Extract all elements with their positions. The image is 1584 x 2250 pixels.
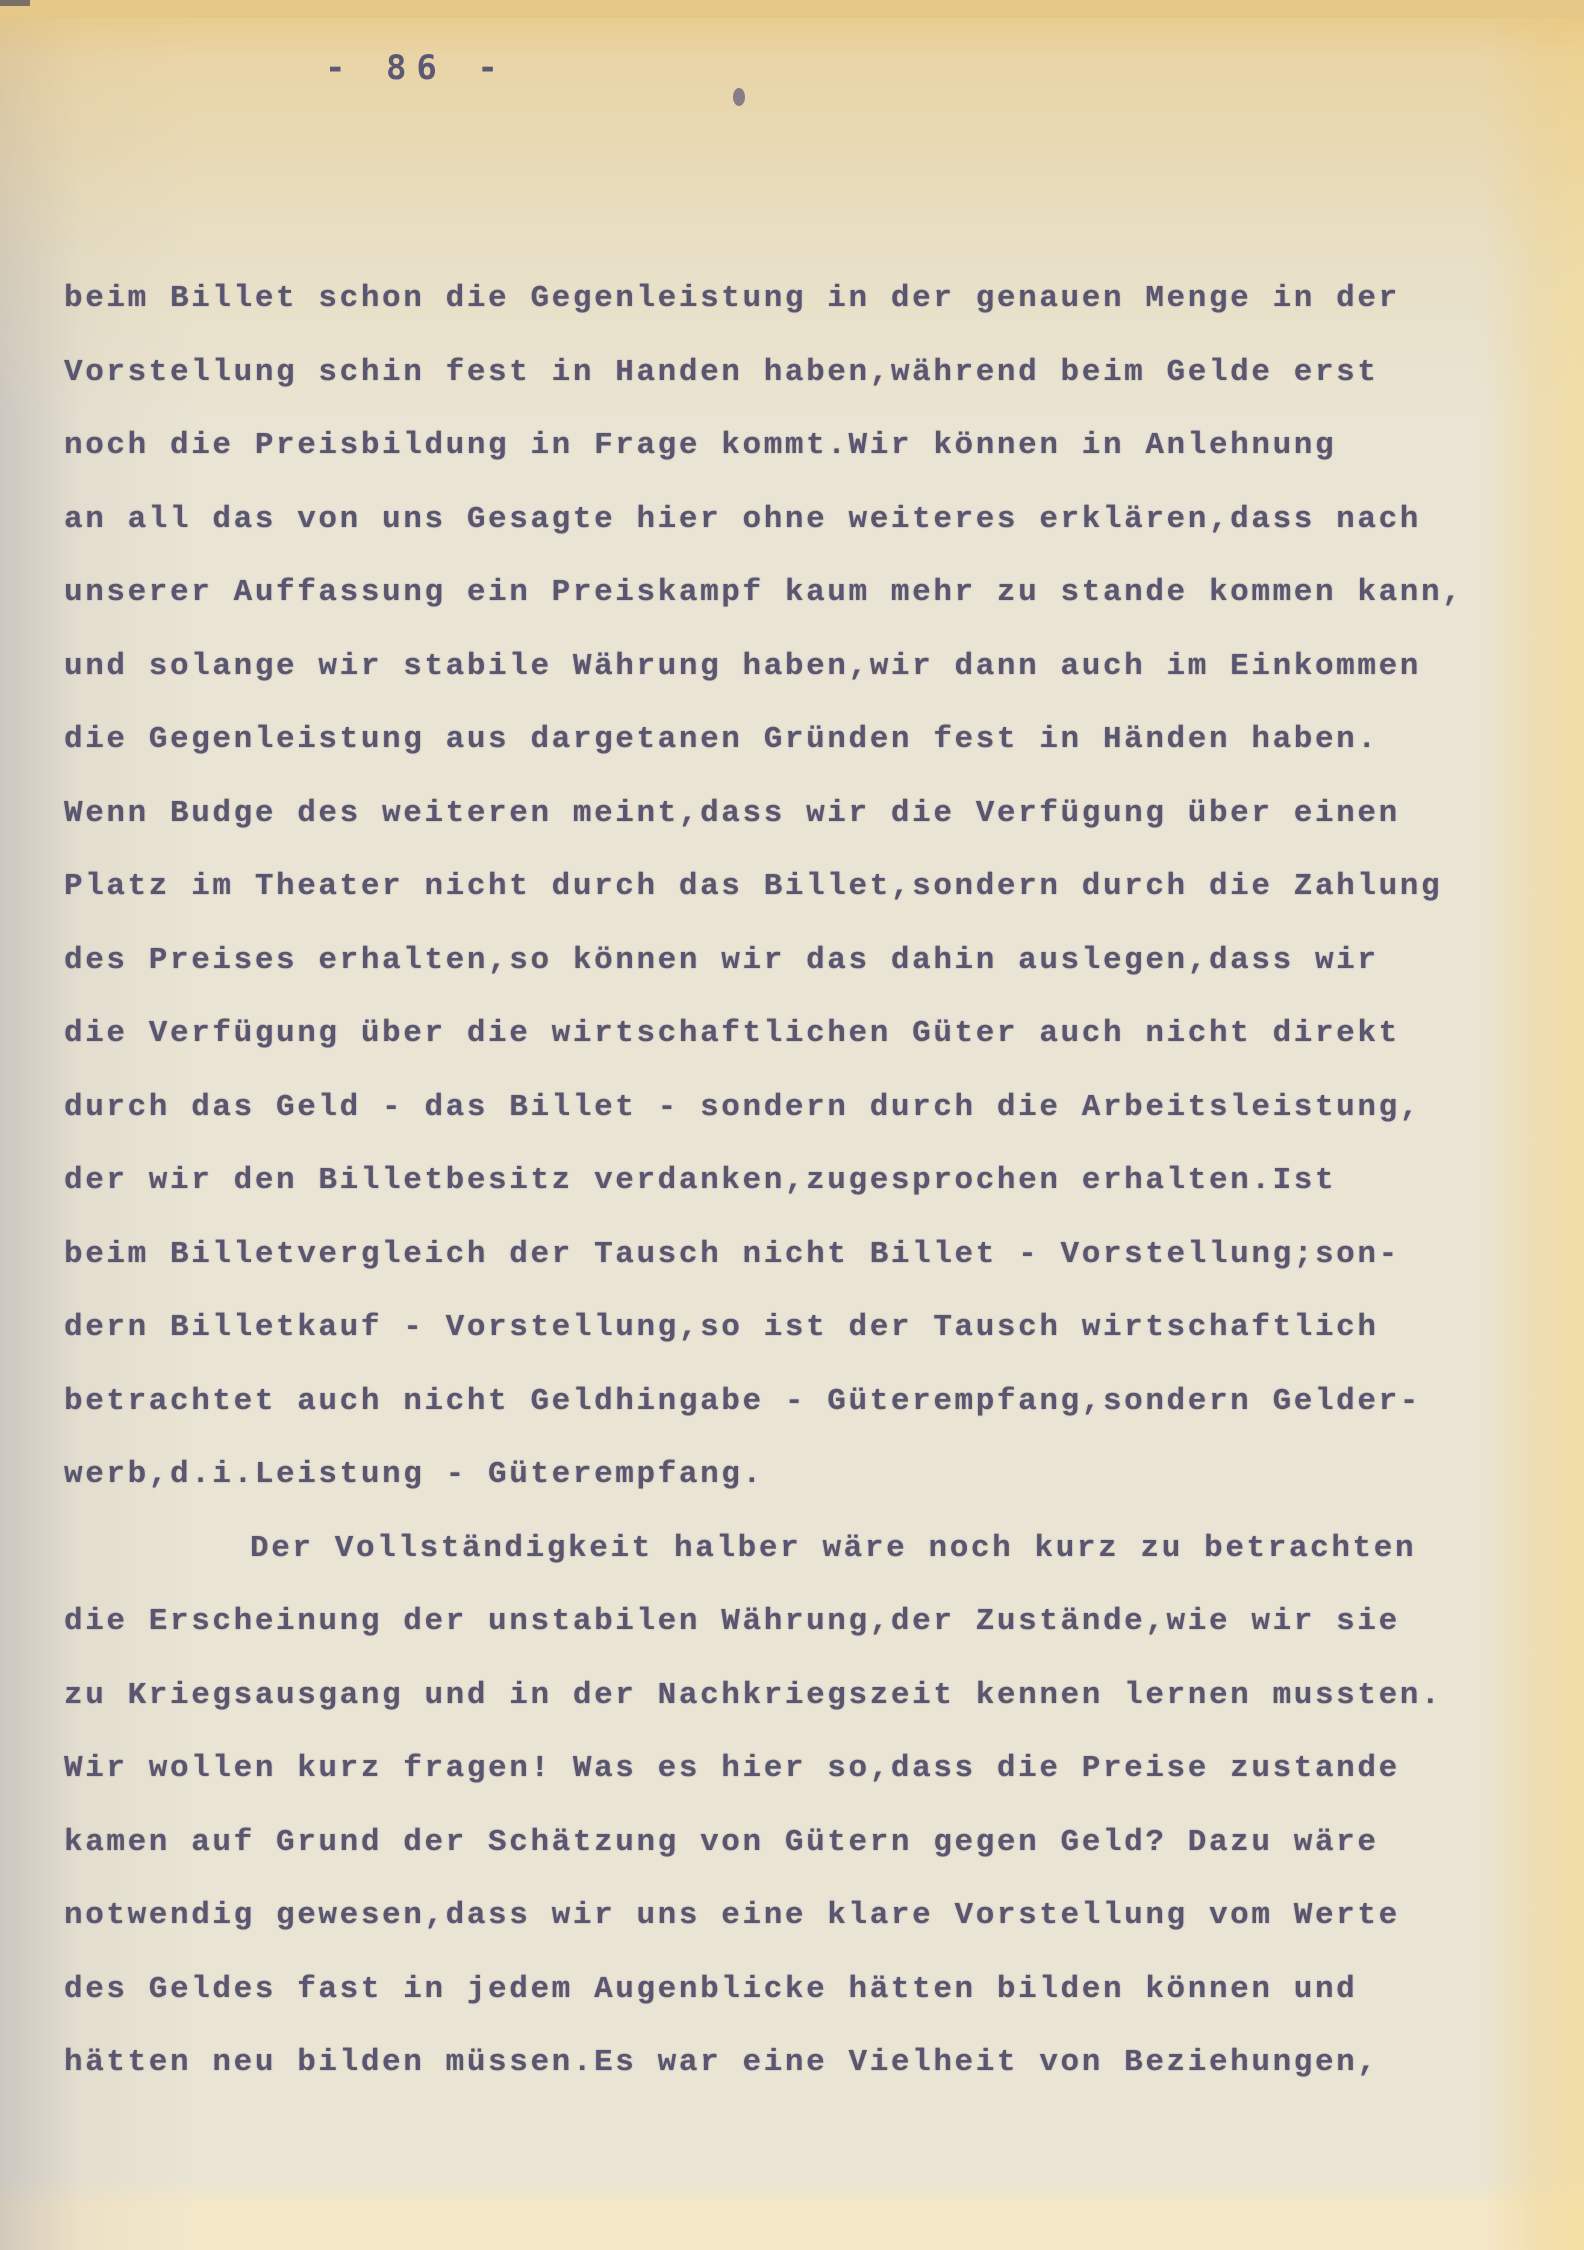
typewritten-page: - 86 - beim Billet schon die Gegenleistu… [0,0,1584,2250]
text-line: der wir den Billetbesitz verdanken,zuges… [64,1144,1564,1218]
text-line: Der Vollständigkeit halber wäre noch kur… [64,1512,1564,1586]
page-number: - 86 - [325,48,508,88]
text-line: betrachtet auch nicht Geldhingabe - Güte… [64,1365,1564,1439]
text-line: und solange wir stabile Währung haben,wi… [64,630,1564,704]
text-line: zu Kriegsausgang und in der Nachkriegsze… [64,1659,1564,1733]
text-line: des Geldes fast in jedem Augenblicke hät… [64,1953,1564,2027]
text-line: beim Billetvergleich der Tausch nicht Bi… [64,1218,1564,1292]
text-line: die Verfügung über die wirtschaftlichen … [64,997,1564,1071]
text-line: die Gegenleistung aus dargetanen Gründen… [64,703,1564,777]
text-line: hätten neu bilden müssen.Es war eine Vie… [64,2026,1564,2100]
text-line: des Preises erhalten,so können wir das d… [64,924,1564,998]
text-line: werb,d.i.Leistung - Güterempfang. [64,1438,1564,1512]
text-line: Wir wollen kurz fragen! Was es hier so,d… [64,1732,1564,1806]
body-text: beim Billet schon die Gegenleistung in d… [64,262,1564,2100]
scan-corner-shadow [0,0,30,6]
text-line: durch das Geld - das Billet - sondern du… [64,1071,1564,1145]
text-line: an all das von uns Gesagte hier ohne wei… [64,483,1564,557]
text-line: Wenn Budge des weiteren meint,dass wir d… [64,777,1564,851]
text-line: beim Billet schon die Gegenleistung in d… [64,262,1564,336]
page-top-edge [0,0,1584,18]
text-line: Vorstellung schin fest in Handen haben,w… [64,336,1564,410]
text-line: dern Billetkauf - Vorstellung,so ist der… [64,1291,1564,1365]
text-line: notwendig gewesen,dass wir uns eine klar… [64,1879,1564,1953]
text-line: unserer Auffassung ein Preiskampf kaum m… [64,556,1564,630]
text-line: noch die Preisbildung in Frage kommt.Wir… [64,409,1564,483]
ink-spot-mark [733,88,745,106]
text-line: kamen auf Grund der Schätzung von Gütern… [64,1806,1564,1880]
text-line: Platz im Theater nicht durch das Billet,… [64,850,1564,924]
text-line: die Erscheinung der unstabilen Währung,d… [64,1585,1564,1659]
